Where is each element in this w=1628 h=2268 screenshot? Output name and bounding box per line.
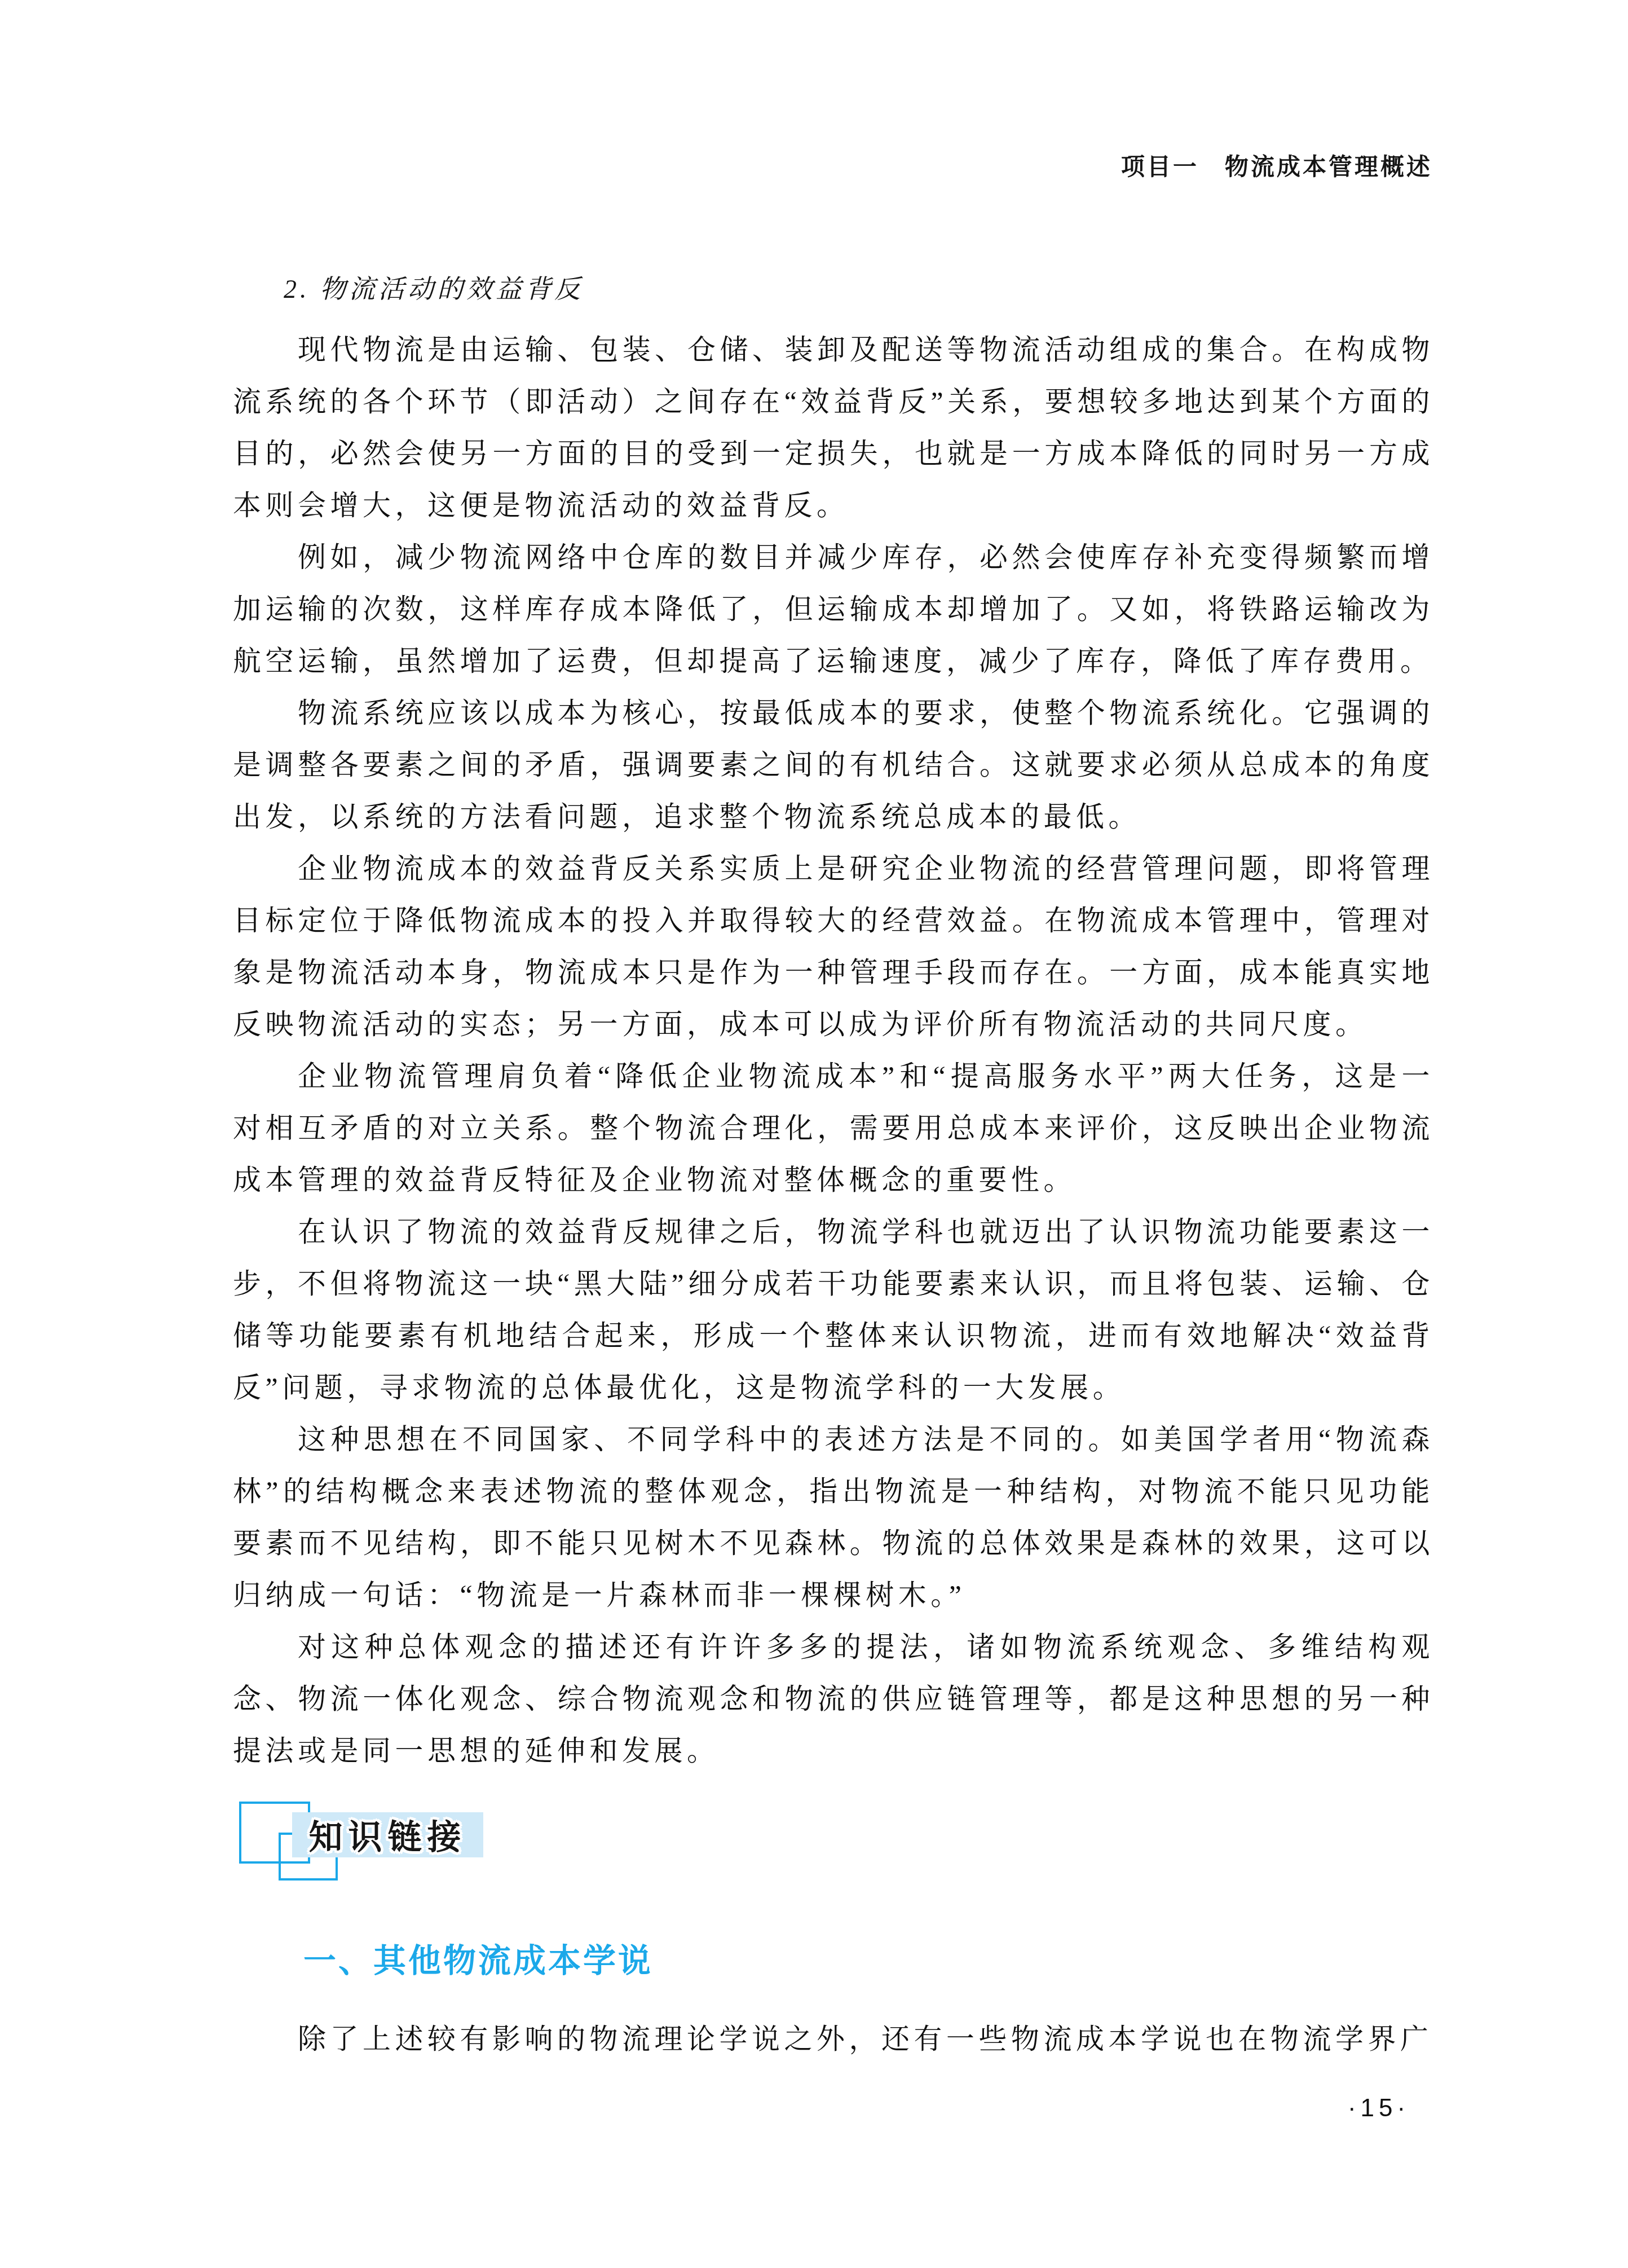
knowledge-link-label: 知识链接 <box>309 1811 467 1859</box>
page-number: ·15· <box>1320 2094 1438 2123</box>
subsection-heading: 2. 物流活动的效益背反 <box>284 272 584 306</box>
body-paragraph: 对这种总体观念的描述还有许许多多的提法，诸如物流系统观念、多维结构观念、物流一体… <box>233 1621 1434 1777</box>
body-text-block: 现代物流是由运输、包装、仓储、装卸及配送等物流活动组成的集合。在构成物流系统的各… <box>233 324 1434 1777</box>
textbook-page: 项目一 物流成本管理概述 2. 物流活动的效益背反 现代物流是由运输、包装、仓储… <box>0 0 1628 2268</box>
body-paragraph: 企业物流管理肩负着“降低企业物流成本”和“提高服务水平”两大任务，这是一对相互矛… <box>233 1050 1434 1206</box>
knowledge-link-badge: 知识链接 <box>239 1802 498 1886</box>
section-heading: 一、其他物流成本学说 <box>303 1941 653 1981</box>
body-paragraph: 现代物流是由运输、包装、仓储、装卸及配送等物流活动组成的集合。在构成物流系统的各… <box>233 324 1434 531</box>
body-paragraph: 除了上述较有影响的物流理论学说之外，还有一些物流成本学说也在物流学界广 <box>233 2013 1434 2065</box>
body-paragraph: 在认识了物流的效益背反规律之后，物流学科也就迈出了认识物流功能要素这一步，不但将… <box>233 1206 1434 1413</box>
running-header: 项目一 物流成本管理概述 <box>233 151 1432 184</box>
body-paragraph: 这种思想在不同国家、不同学科中的表述方法是不同的。如美国学者用“物流森林”的结构… <box>233 1413 1434 1621</box>
body-paragraph: 企业物流成本的效益背反关系实质上是研究企业物流的经营管理问题，即将管理目标定位于… <box>233 843 1434 1050</box>
body-paragraph: 例如，减少物流网络中仓库的数目并减少库存，必然会使库存补充变得频繁而增加运输的次… <box>233 531 1434 687</box>
badge-label-background: 知识链接 <box>292 1812 483 1857</box>
body-paragraph: 物流系统应该以成本为核心，按最低成本的要求，使整个物流系统化。它强调的是调整各要… <box>233 687 1434 843</box>
